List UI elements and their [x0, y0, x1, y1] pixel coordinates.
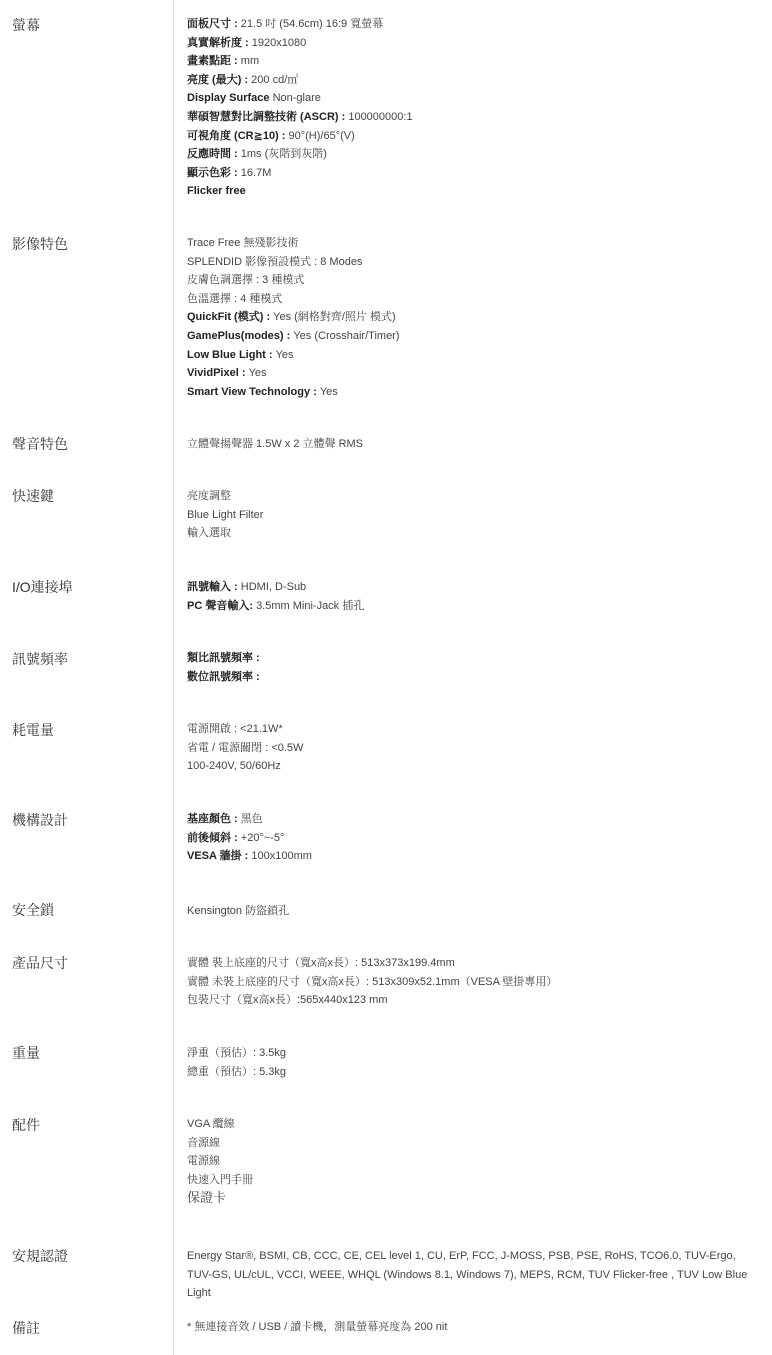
spec-row: 快速入門手冊: [187, 1171, 757, 1190]
spec-row: PC 聲音輸入: 3.5mm Mini-Jack 插孔: [187, 597, 757, 616]
spec-row: 電源線: [187, 1152, 757, 1171]
spec-section-label: 螢幕: [12, 16, 40, 34]
spec-section-label: 訊號頻率: [12, 650, 68, 668]
spec-value: Blue Light Filter: [187, 509, 263, 521]
spec-section-values: 訊號輸入 : HDMI, D-SubPC 聲音輸入: 3.5mm Mini-Ja…: [187, 578, 757, 615]
spec-value: 黑色: [241, 813, 263, 825]
spec-section-label: 安全鎖: [12, 901, 54, 919]
spec-value: 色溫選擇 : 4 種模式: [187, 293, 282, 305]
spec-section-values: 實體 裝上底座的尺寸（寬x高x長）: 513x373x199.4mm實體 未裝上…: [187, 954, 757, 1010]
spec-row: 數位訊號頻率 :: [187, 668, 757, 687]
spec-row: Energy Star®, BSMI, CB, CCC, CE, CEL lev…: [187, 1247, 757, 1303]
spec-row: VESA 牆掛 : 100x100mm: [187, 847, 757, 866]
spec-row: Kensington 防盜鎖孔: [187, 902, 757, 921]
spec-value: 保證卡: [187, 1190, 226, 1205]
spec-value: 總重（預估）: 5.3kg: [187, 1066, 286, 1078]
spec-row: Flicker free: [187, 182, 757, 201]
spec-section-values: 立體聲揚聲器 1.5W x 2 立體聲 RMS: [187, 435, 757, 454]
spec-value: 包裝尺寸（寬x高x長）:565x440x123 mm: [187, 994, 388, 1006]
spec-value: Yes: [276, 349, 294, 361]
spec-value: Yes: [320, 386, 338, 398]
spec-value: +20°~-5°: [241, 832, 285, 844]
spec-row: 亮度 (最大) : 200 cd/㎡: [187, 71, 757, 90]
column-divider: [173, 0, 174, 1355]
spec-section-label: 產品尺寸: [12, 954, 68, 972]
spec-row: Blue Light Filter: [187, 506, 757, 525]
spec-section-values: * 無連接音效 / USB / 讀卡機，測量螢幕亮度為 200 nit: [187, 1318, 757, 1337]
spec-row: 省電 / 電源關閉 : <0.5W: [187, 739, 757, 758]
spec-row: 輸入選取: [187, 524, 757, 543]
spec-row: 色溫選擇 : 4 種模式: [187, 290, 757, 309]
spec-key: 畫素點距 :: [187, 55, 241, 67]
spec-key: 類比訊號頻率 :: [187, 652, 260, 664]
spec-value: Kensington 防盜鎖孔: [187, 905, 289, 917]
spec-row: 亮度調整: [187, 487, 757, 506]
spec-section-values: 基座顏色 : 黑色前後傾斜 : +20°~-5°VESA 牆掛 : 100x10…: [187, 810, 757, 866]
spec-value: 21.5 吋 (54.6cm) 16:9 寬螢幕: [241, 18, 383, 30]
spec-value: SPLENDID 影像預設模式 : 8 Modes: [187, 256, 362, 268]
spec-value: Yes (Crosshair/Timer): [293, 330, 399, 342]
spec-key: Low Blue Light :: [187, 349, 276, 361]
spec-key: 真實解析度 :: [187, 37, 252, 49]
spec-key: GamePlus(modes) :: [187, 330, 293, 342]
spec-key: 訊號輸入 :: [187, 581, 241, 593]
spec-key: Smart View Technology :: [187, 386, 320, 398]
spec-key: Display Surface: [187, 92, 273, 104]
spec-value: 快速入門手冊: [187, 1174, 253, 1186]
spec-row: 基座顏色 : 黑色: [187, 810, 757, 829]
spec-section-values: 電源開啟 : <21.1W*省電 / 電源關閉 : <0.5W100-240V,…: [187, 720, 757, 776]
spec-value: Non-glare: [273, 92, 321, 104]
spec-value: Yes: [249, 367, 267, 379]
spec-section-values: 面板尺寸 : 21.5 吋 (54.6cm) 16:9 寬螢幕真實解析度 : 1…: [187, 15, 757, 201]
spec-value: 16.7M: [241, 167, 272, 179]
spec-key: Flicker free: [187, 185, 246, 197]
spec-section-label: 備註: [12, 1319, 40, 1337]
spec-row: 保證卡: [187, 1189, 757, 1208]
spec-row: 真實解析度 : 1920x1080: [187, 34, 757, 53]
spec-section-label: I/O連接埠: [12, 578, 73, 596]
spec-row: 總重（預估）: 5.3kg: [187, 1063, 757, 1082]
spec-value: 3.5mm Mini-Jack 插孔: [256, 600, 364, 612]
spec-section-label: 配件: [12, 1116, 40, 1134]
spec-row: 100-240V, 50/60Hz: [187, 757, 757, 776]
spec-row: 反應時間 : 1ms (灰階到灰階): [187, 145, 757, 164]
spec-row: 電源開啟 : <21.1W*: [187, 720, 757, 739]
spec-key: 面板尺寸 :: [187, 18, 241, 30]
spec-value: 100x100mm: [251, 850, 312, 862]
spec-section-values: 淨重（預估）: 3.5kg總重（預估）: 5.3kg: [187, 1044, 757, 1081]
spec-value: Yes (網格對齊/照片 模式): [273, 311, 395, 323]
spec-value: 實體 裝上底座的尺寸（寬x高x長）: 513x373x199.4mm: [187, 957, 455, 969]
spec-value: 90°(H)/65°(V): [289, 130, 355, 142]
spec-value: 1ms (灰階到灰階): [241, 148, 327, 160]
spec-value: 立體聲揚聲器 1.5W x 2 立體聲 RMS: [187, 438, 363, 450]
spec-section-label: 影像特色: [12, 235, 68, 253]
spec-row: Smart View Technology : Yes: [187, 383, 757, 402]
spec-value: Trace Free 無殘影技術: [187, 237, 298, 249]
spec-row: 實體 裝上底座的尺寸（寬x高x長）: 513x373x199.4mm: [187, 954, 757, 973]
spec-key: 亮度 (最大) :: [187, 74, 251, 86]
spec-row: 類比訊號頻率 :: [187, 649, 757, 668]
spec-key: 前後傾斜 :: [187, 832, 241, 844]
spec-row: 畫素點距 : mm: [187, 52, 757, 71]
spec-section-label: 聲音特色: [12, 435, 68, 453]
spec-value: 電源線: [187, 1155, 220, 1167]
spec-value: 100-240V, 50/60Hz: [187, 760, 281, 772]
spec-row: 華碩智慧對比調整技術 (ASCR) : 100000000:1: [187, 108, 757, 127]
spec-row: 可視角度 (CR≧10) : 90°(H)/65°(V): [187, 127, 757, 146]
spec-value: 1920x1080: [252, 37, 306, 49]
spec-value: VGA 纜線: [187, 1118, 235, 1130]
spec-value: 音源線: [187, 1137, 220, 1149]
spec-key: 可視角度 (CR≧10) :: [187, 130, 289, 142]
spec-row: 立體聲揚聲器 1.5W x 2 立體聲 RMS: [187, 435, 757, 454]
spec-section-label: 機構設計: [12, 811, 68, 829]
spec-row: 前後傾斜 : +20°~-5°: [187, 829, 757, 848]
spec-row: 音源線: [187, 1134, 757, 1153]
spec-value: 輸入選取: [187, 527, 231, 539]
spec-row: VGA 纜線: [187, 1115, 757, 1134]
spec-key: VESA 牆掛 :: [187, 850, 251, 862]
spec-row: SPLENDID 影像預設模式 : 8 Modes: [187, 253, 757, 272]
spec-section-values: Trace Free 無殘影技術SPLENDID 影像預設模式 : 8 Mode…: [187, 234, 757, 401]
spec-row: 皮膚色調選擇 : 3 種模式: [187, 271, 757, 290]
spec-section-label: 安規認證: [12, 1247, 68, 1265]
spec-row: Display Surface Non-glare: [187, 89, 757, 108]
spec-value: HDMI, D-Sub: [241, 581, 306, 593]
spec-row: QuickFit (模式) : Yes (網格對齊/照片 模式): [187, 308, 757, 327]
spec-value: 200 cd/㎡: [251, 74, 298, 86]
spec-row: 面板尺寸 : 21.5 吋 (54.6cm) 16:9 寬螢幕: [187, 15, 757, 34]
spec-value: 100000000:1: [348, 111, 412, 123]
spec-section-values: VGA 纜線音源線電源線快速入門手冊保證卡: [187, 1115, 757, 1208]
spec-key: PC 聲音輸入:: [187, 600, 256, 612]
spec-section-label: 重量: [12, 1044, 40, 1062]
spec-key: 基座顏色 :: [187, 813, 241, 825]
spec-row: 實體 未裝上底座的尺寸（寬x高x長）: 513x309x52.1mm（VESA …: [187, 973, 757, 992]
spec-section-values: Kensington 防盜鎖孔: [187, 902, 757, 921]
spec-value: Energy Star®, BSMI, CB, CCC, CE, CEL lev…: [187, 1250, 747, 1299]
spec-value: 實體 未裝上底座的尺寸（寬x高x長）: 513x309x52.1mm（VESA …: [187, 976, 557, 988]
spec-value: 亮度調整: [187, 490, 231, 502]
spec-key: 顯示色彩 :: [187, 167, 241, 179]
spec-value: 淨重（預估）: 3.5kg: [187, 1047, 286, 1059]
spec-row: 訊號輸入 : HDMI, D-Sub: [187, 578, 757, 597]
spec-row: * 無連接音效 / USB / 讀卡機，測量螢幕亮度為 200 nit: [187, 1318, 757, 1337]
spec-value: 電源開啟 : <21.1W*: [187, 723, 283, 735]
spec-value: * 無連接音效 / USB / 讀卡機，測量螢幕亮度為 200 nit: [187, 1321, 447, 1333]
spec-section-label: 快速鍵: [12, 487, 54, 505]
spec-section-values: Energy Star®, BSMI, CB, CCC, CE, CEL lev…: [187, 1247, 757, 1303]
spec-row: 包裝尺寸（寬x高x長）:565x440x123 mm: [187, 991, 757, 1010]
spec-section-label: 耗電量: [12, 721, 54, 739]
spec-key: 華碩智慧對比調整技術 (ASCR) :: [187, 111, 348, 123]
spec-row: Trace Free 無殘影技術: [187, 234, 757, 253]
spec-value: mm: [241, 55, 259, 67]
spec-section-values: 類比訊號頻率 : 數位訊號頻率 :: [187, 649, 757, 686]
spec-section-values: 亮度調整Blue Light Filter輸入選取: [187, 487, 757, 543]
spec-key: 數位訊號頻率 :: [187, 671, 260, 683]
spec-row: GamePlus(modes) : Yes (Crosshair/Timer): [187, 327, 757, 346]
spec-value: 省電 / 電源關閉 : <0.5W: [187, 742, 303, 754]
spec-row: Low Blue Light : Yes: [187, 346, 757, 365]
spec-row: 淨重（預估）: 3.5kg: [187, 1044, 757, 1063]
spec-key: QuickFit (模式) :: [187, 311, 273, 323]
spec-row: VividPixel : Yes: [187, 364, 757, 383]
spec-value: 皮膚色調選擇 : 3 種模式: [187, 274, 304, 286]
spec-row: 顯示色彩 : 16.7M: [187, 164, 757, 183]
spec-key: VividPixel :: [187, 367, 249, 379]
spec-key: 反應時間 :: [187, 148, 241, 160]
